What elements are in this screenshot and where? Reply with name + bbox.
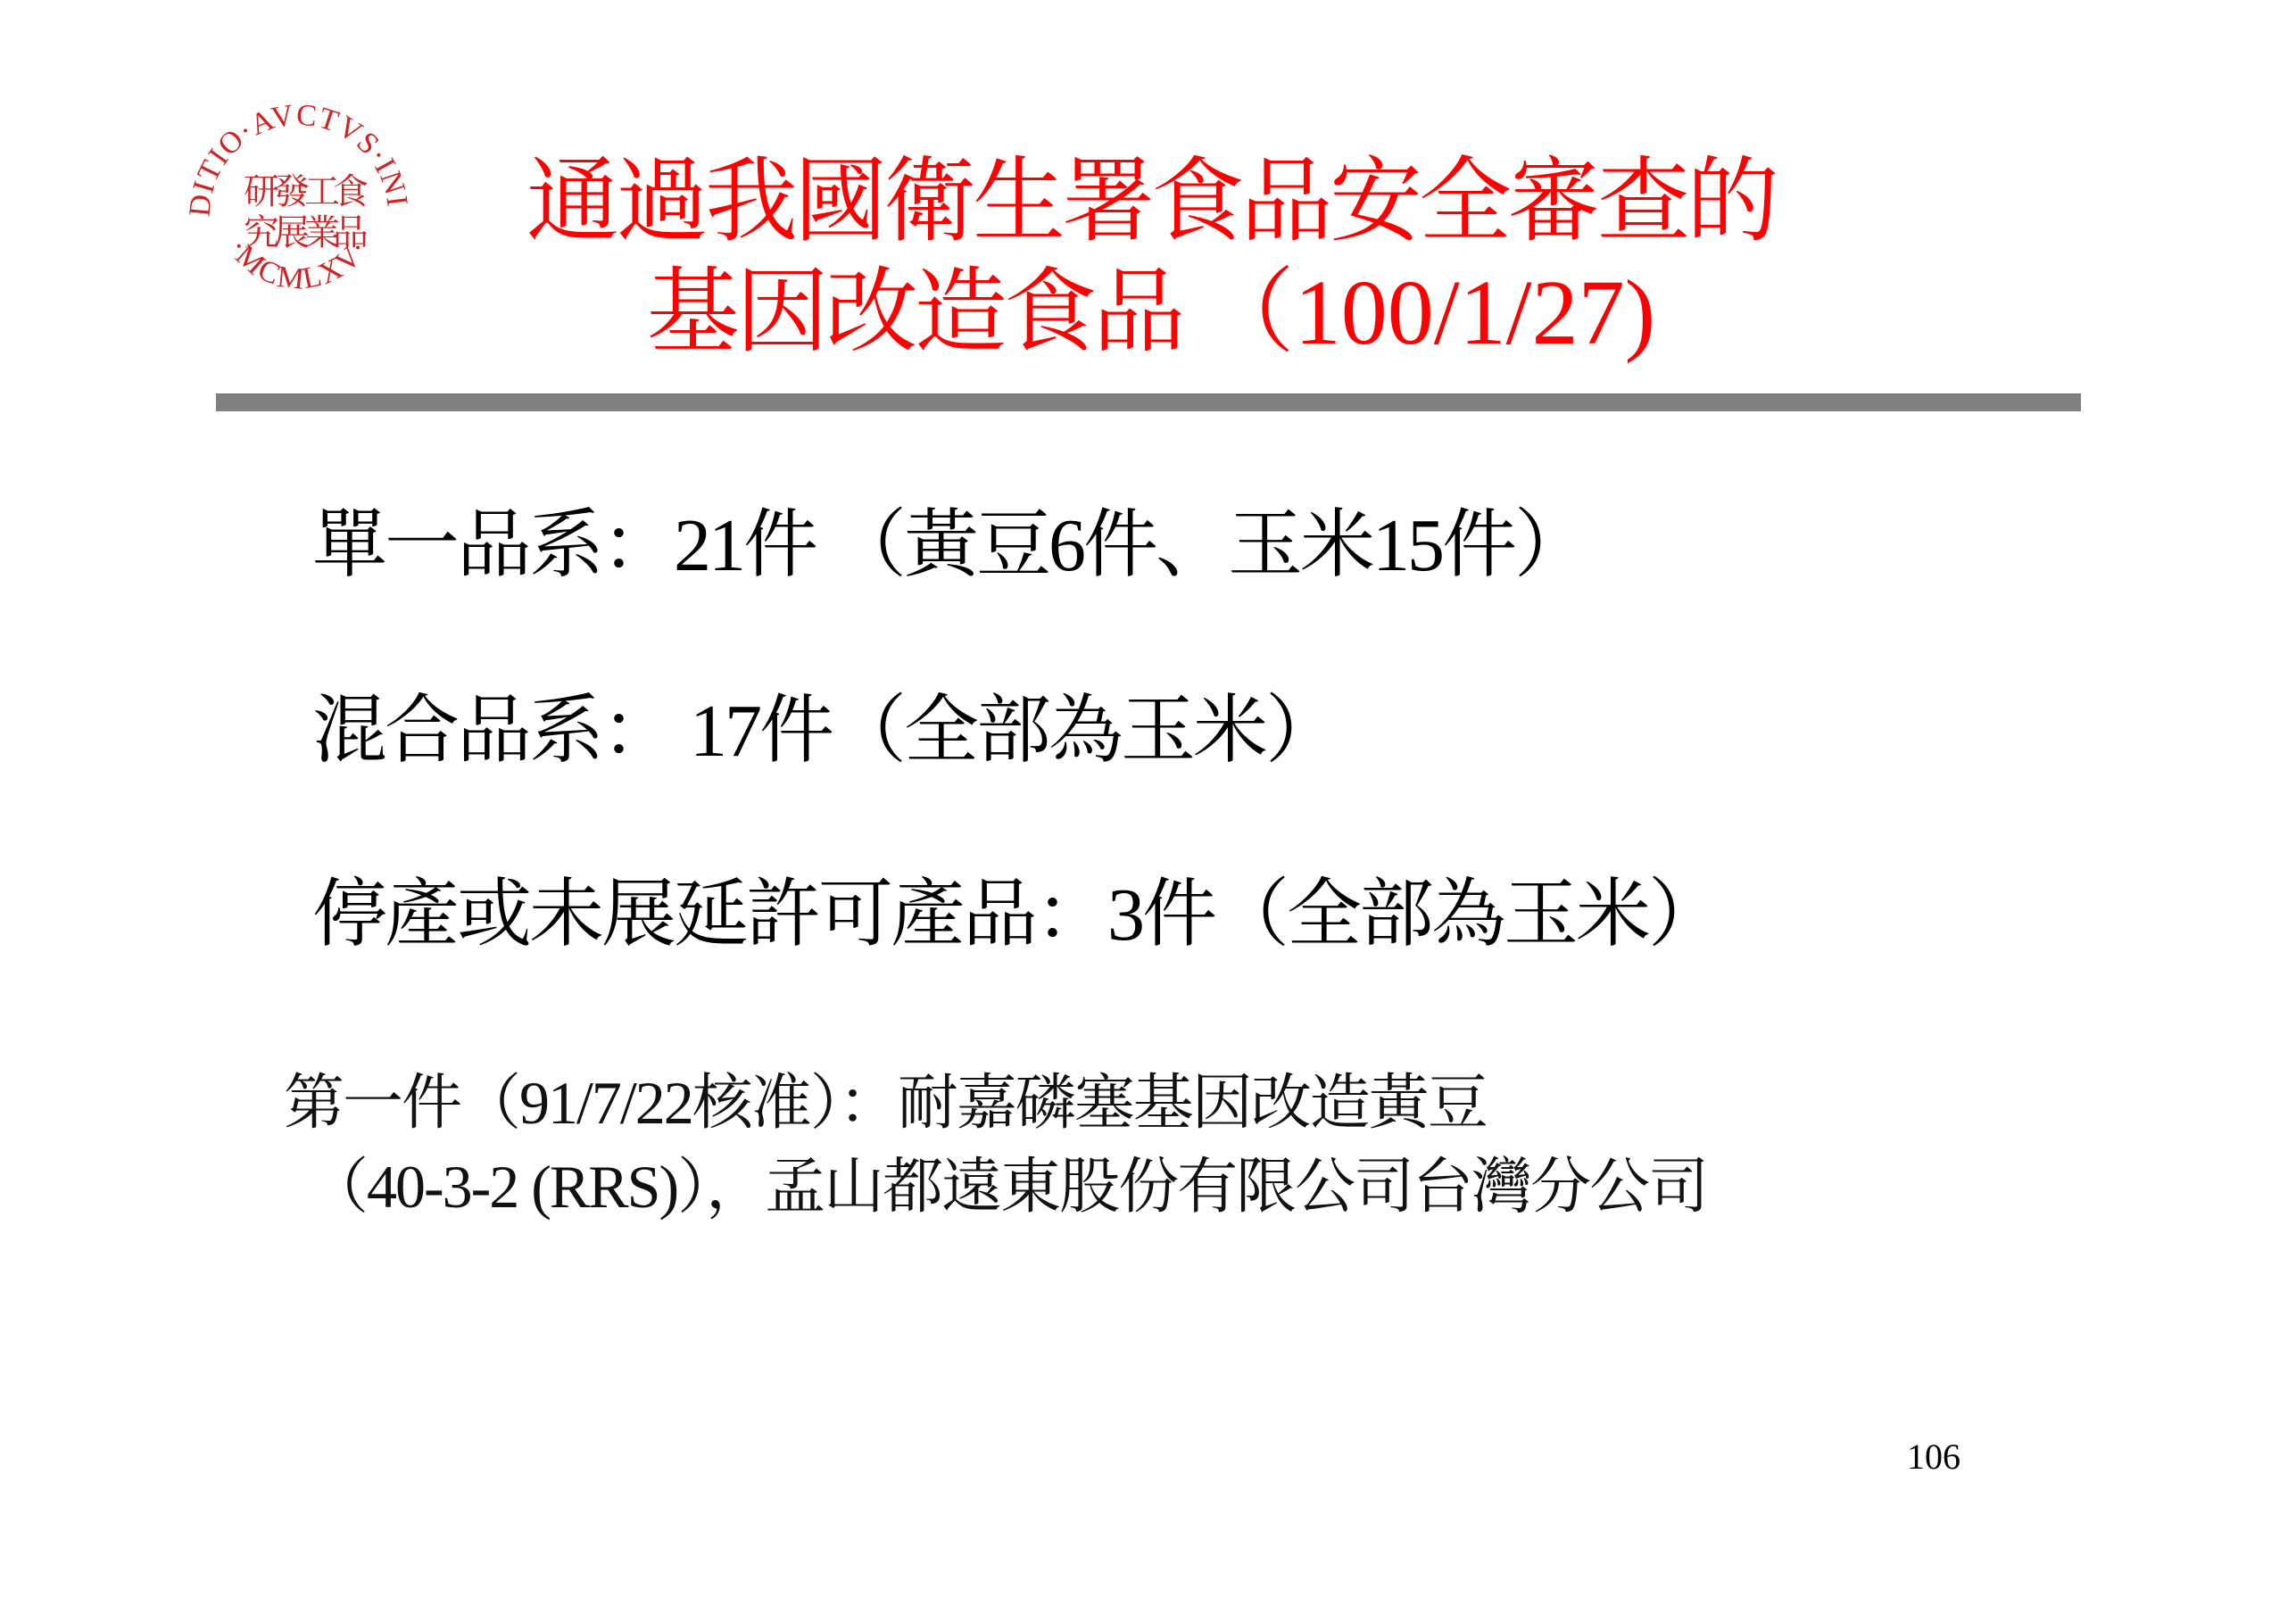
first-approval-note-line-1: 第一件（91/7/22核准）：耐嘉磷塞基因改造黃豆 — [284, 1067, 1487, 1139]
svg-text:食: 食 — [333, 171, 369, 212]
stat-single-event: 單一品系：21件 （黃豆6件、玉米15件） — [312, 501, 1587, 591]
title-divider — [216, 393, 2081, 411]
stat-discontinued: 停產或未展延許可產品：3件（全部為玉米） — [312, 871, 1720, 960]
title-line-2: 基因改造食品 （100/1/27) — [393, 258, 1910, 368]
slide-title: 通過我國衛生署食品安全審查的 基因改造食品 （100/1/27) — [393, 147, 1910, 368]
first-approval-note-line-2: （40-3-2 (RRS)），孟山都遠東股份有限公司台灣分公司 — [308, 1151, 1707, 1222]
slide: ERVDITIO·AVCTVS·INITVM ·MCMLXV· 研 發 工 食 … — [0, 0, 2296, 1623]
title-date: （100/1/27) — [1202, 261, 1655, 364]
institute-seal-logo: ERVDITIO·AVCTVS·INITVM ·MCMLXV· 研 發 工 食 … — [183, 98, 415, 330]
svg-text:品: 品 — [333, 212, 369, 253]
stat-stacked-event: 混合品系： 17件（全部為玉米） — [312, 687, 1338, 776]
page-number: 106 — [1907, 1437, 1960, 1478]
title-line-2-text: 基因改造食品 — [647, 261, 1182, 364]
seal-icon: ERVDITIO·AVCTVS·INITVM ·MCMLXV· 研 發 工 食 … — [183, 98, 415, 330]
title-line-1: 通過我國衛生署食品安全審查的 — [393, 147, 1910, 258]
